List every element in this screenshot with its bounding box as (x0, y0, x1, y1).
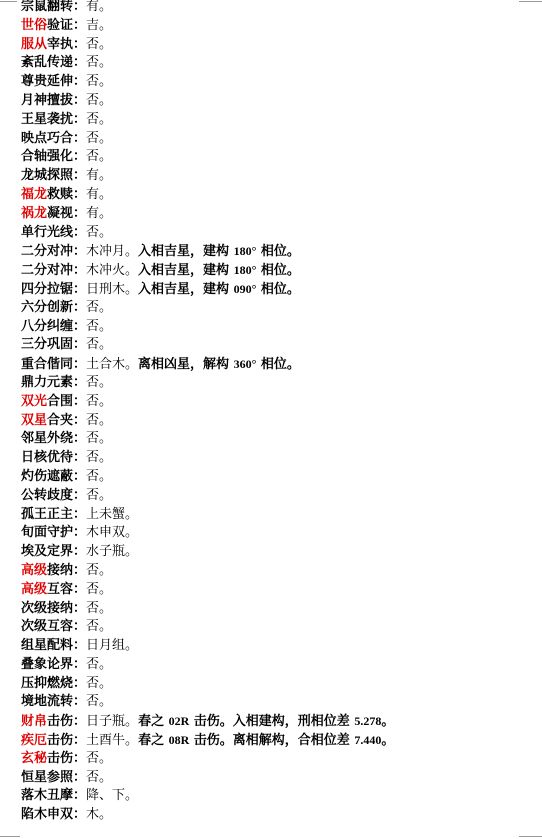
document-line: 八分纠缠：否。 (21, 318, 536, 337)
line-label: 祸龙凝视 (21, 206, 73, 221)
line-colon: ： (73, 112, 86, 127)
line-label-highlight: 服从 (21, 37, 47, 52)
line-colon: ： (73, 525, 86, 540)
line-label: 孤王正主 (21, 507, 73, 522)
document-line: 尊贵延伸：否。 (21, 73, 536, 92)
line-colon: ： (73, 714, 86, 729)
line-label: 鼎力元素 (21, 375, 73, 390)
document-line: 落木丑摩：降、下。 (21, 787, 536, 806)
line-label-text: 灼伤遮蔽 (21, 469, 73, 484)
line-value: 否。 (86, 131, 112, 146)
line-label: 埃及定界 (21, 544, 73, 559)
line-colon: ： (73, 319, 86, 334)
line-extra-text: 。 (381, 714, 394, 729)
document-line: 映点巧合：否。 (21, 130, 536, 149)
line-colon: ： (73, 337, 86, 352)
line-label: 组星配料 (21, 638, 73, 653)
line-label-text: 压抑燃烧 (21, 676, 73, 691)
line-value: 有。 (86, 168, 112, 183)
line-value: 木申双。 (86, 525, 138, 540)
line-label: 境地流转 (21, 694, 73, 709)
line-label-text: 陷木申双 (21, 807, 73, 822)
line-label: 二分对冲 (21, 263, 73, 278)
line-label-text: 王星袭扰 (21, 112, 73, 127)
line-extra-number: 5.278 (354, 714, 381, 728)
line-label-text: 救赎 (47, 187, 73, 202)
line-label-text: 恒星参照 (21, 770, 73, 785)
line-colon: ： (73, 206, 86, 221)
line-label: 双星合夹 (21, 413, 73, 428)
line-label-text: 旬面守护 (21, 525, 73, 540)
line-label: 三分巩固 (21, 337, 73, 352)
line-value: 否。 (86, 112, 112, 127)
document-line: 二分对冲：木冲月。入相吉星，建构 180° 相位。 (21, 242, 536, 261)
line-colon: ： (73, 149, 86, 164)
line-label-text: 月神擅拔 (21, 93, 73, 108)
line-label-text: 鼎力元素 (21, 375, 73, 390)
line-extra-number: 08R (169, 733, 190, 747)
line-label-text: 击伤 (47, 714, 73, 729)
line-extra-text: 离相凶星，解构 (138, 357, 234, 372)
document-line: 三分巩固：否。 (21, 336, 536, 355)
line-colon: ： (73, 300, 86, 315)
line-colon: ： (73, 450, 86, 465)
document-line: 双星合夹：否。 (21, 412, 536, 431)
line-value: 否。 (86, 469, 112, 484)
line-label-text: 二分对冲 (21, 263, 73, 278)
line-value: 日月组。 (86, 638, 138, 653)
document-line: 日核优待：否。 (21, 449, 536, 468)
line-label: 灼伤遮蔽 (21, 469, 73, 484)
line-label: 高级接纳 (21, 563, 73, 578)
line-colon: ： (73, 488, 86, 503)
line-label-text: 四分拉锯 (21, 282, 73, 297)
line-label-text: 击伤 (47, 733, 73, 748)
line-value: 否。 (86, 751, 112, 766)
line-colon: ： (73, 55, 86, 70)
line-label: 服从宰执 (21, 37, 73, 52)
line-colon: ： (73, 694, 86, 709)
line-label-text: 邻星外绕 (21, 431, 73, 446)
document-line: 单行光线：否。 (21, 224, 536, 243)
line-label: 六分创新 (21, 300, 73, 315)
line-label-highlight: 世俗 (21, 18, 47, 33)
line-label: 邻星外绕 (21, 431, 73, 446)
line-value: 有。 (86, 0, 112, 14)
line-label: 世俗验证 (21, 18, 73, 33)
document-line: 世俗验证：吉。 (21, 17, 536, 36)
line-label-text: 组星配料 (21, 638, 73, 653)
line-extra-text: 入相吉星，建构 (138, 282, 234, 297)
page-corner-mark-bottom-right (519, 836, 542, 837)
line-value: 否。 (86, 93, 112, 108)
document-line: 鼎力元素：否。 (21, 374, 536, 393)
line-colon: ： (73, 582, 86, 597)
line-extra-text: 。 (381, 733, 394, 748)
line-label: 疾厄击伤 (21, 733, 73, 748)
line-value: 否。 (86, 413, 112, 428)
line-label-text: 合夹 (47, 413, 73, 428)
line-extra-number: 02R (169, 714, 190, 728)
line-label-text: 埃及定界 (21, 544, 73, 559)
document-line: 月神擅拔：否。 (21, 92, 536, 111)
line-label-highlight: 疾厄 (21, 733, 47, 748)
line-colon: ： (73, 733, 86, 748)
line-value: 降、下。 (86, 788, 138, 803)
line-value: 水子瓶。 (86, 544, 138, 559)
line-value: 否。 (86, 300, 112, 315)
line-label-text: 叠象论界 (21, 657, 73, 672)
line-value: 否。 (86, 337, 112, 352)
document-line: 邻星外绕：否。 (21, 430, 536, 449)
document-line: 王星袭扰：否。 (21, 111, 536, 130)
document-line: 叠象论界：否。 (21, 656, 536, 675)
line-colon: ： (73, 563, 86, 578)
line-colon: ： (73, 413, 86, 428)
line-colon: ： (73, 657, 86, 672)
line-extra-text: 相位。 (256, 357, 300, 372)
line-label-text: 六分创新 (21, 300, 73, 315)
line-extra-text: 相位。 (256, 282, 300, 297)
line-extra-text: 春之 (138, 733, 169, 748)
line-label-text: 互容 (47, 582, 73, 597)
document-line: 六分创新：否。 (21, 299, 536, 318)
line-colon: ： (73, 431, 86, 446)
line-label-highlight: 财帛 (21, 714, 47, 729)
line-label-text: 尊贵延伸 (21, 74, 73, 89)
line-value: 否。 (86, 149, 112, 164)
line-label: 公转歧度 (21, 488, 73, 503)
line-colon: ： (73, 263, 86, 278)
line-label: 二分对冲 (21, 244, 73, 259)
line-value: 否。 (86, 657, 112, 672)
document-line: 孤王正主：上未蟹。 (21, 506, 536, 525)
line-label-text: 合围 (47, 394, 73, 409)
line-value: 木。 (86, 807, 112, 822)
document-line: 服从宰执：否。 (21, 36, 536, 55)
document-line: 祸龙凝视：有。 (21, 205, 536, 224)
line-colon: ： (73, 18, 86, 33)
line-value: 否。 (86, 394, 112, 409)
line-colon: ： (73, 0, 86, 14)
line-label: 单行光线 (21, 225, 73, 240)
line-colon: ： (73, 807, 86, 822)
line-label: 重合偕同 (21, 357, 73, 372)
line-label-text: 单行光线 (21, 225, 73, 240)
line-value: 否。 (86, 694, 112, 709)
line-label: 次级互容 (21, 619, 73, 634)
line-colon: ： (73, 601, 86, 616)
line-value: 否。 (86, 563, 112, 578)
line-value: 木冲火。 (86, 263, 138, 278)
document-line: 玄秘击伤：否。 (21, 750, 536, 769)
line-value: 否。 (86, 450, 112, 465)
page-corner-mark-bottom-left (0, 836, 20, 837)
line-label: 日核优待 (21, 450, 73, 465)
line-colon: ： (73, 469, 86, 484)
document-line: 龙城探照：有。 (21, 167, 536, 186)
line-value: 否。 (86, 676, 112, 691)
line-extra-text: 相位。 (256, 263, 300, 278)
line-colon: ： (73, 37, 86, 52)
line-value: 否。 (86, 74, 112, 89)
line-label-text: 紊乱传递 (21, 55, 73, 70)
document-line: 压抑燃烧：否。 (21, 675, 536, 694)
document-line: 埃及定界：水子瓶。 (21, 543, 536, 562)
line-colon: ： (73, 770, 86, 785)
document-line: 灼伤遮蔽：否。 (21, 468, 536, 487)
line-label-highlight: 双星 (21, 413, 47, 428)
document-line: 宗鼠翻转：有。 (21, 0, 536, 17)
line-label-text: 验证 (47, 18, 73, 33)
line-value: 否。 (86, 55, 112, 70)
line-label-text: 八分纠缠 (21, 319, 73, 334)
document-line: 次级互容：否。 (21, 618, 536, 637)
line-colon: ： (73, 282, 86, 297)
line-label: 紊乱传递 (21, 55, 73, 70)
line-colon: ： (73, 93, 86, 108)
document-line: 陷木申双：木。 (21, 806, 536, 825)
line-extra-text: 春之 (138, 714, 169, 729)
line-label: 叠象论界 (21, 657, 73, 672)
line-value: 否。 (86, 37, 112, 52)
page-corner-mark-top-left (0, 1, 17, 2)
document-line: 高级接纳：否。 (21, 562, 536, 581)
line-label-text: 宗鼠翻转 (21, 0, 73, 14)
line-label-text: 境地流转 (21, 694, 73, 709)
line-label: 月神擅拔 (21, 93, 73, 108)
line-label-text: 孤王正主 (21, 507, 73, 522)
document-line: 旬面守护：木申双。 (21, 524, 536, 543)
line-label-text: 映点巧合 (21, 131, 73, 146)
document-line: 财帛击伤：日子瓶。春之 02R 击伤。入相建构，刑相位差 5.278。 (21, 712, 536, 731)
document-line: 恒星参照：否。 (21, 769, 536, 788)
line-value: 土酉牛。 (86, 733, 138, 748)
line-value: 否。 (86, 601, 112, 616)
line-value: 否。 (86, 225, 112, 240)
line-value: 上未蟹。 (86, 507, 138, 522)
line-colon: ： (73, 225, 86, 240)
line-colon: ： (73, 394, 86, 409)
document-line: 福龙救赎：有。 (21, 186, 536, 205)
document-line: 四分拉锯：日刑木。入相吉星，建构 090° 相位。 (21, 280, 536, 299)
line-value: 否。 (86, 431, 112, 446)
line-value: 木冲月。 (86, 244, 138, 259)
line-extra-number: 180° (234, 263, 257, 277)
line-colon: ： (73, 676, 86, 691)
document-line: 境地流转：否。 (21, 693, 536, 712)
line-label: 次级接纳 (21, 601, 73, 616)
line-label: 宗鼠翻转 (21, 0, 73, 14)
line-label-highlight: 高级 (21, 563, 47, 578)
line-label: 陷木申双 (21, 807, 73, 822)
document-line: 紊乱传递：否。 (21, 54, 536, 73)
line-label-text: 宰执 (47, 37, 73, 52)
line-colon: ： (73, 131, 86, 146)
line-value: 否。 (86, 319, 112, 334)
line-value: 日刑木。 (86, 282, 138, 297)
line-label-highlight: 福龙 (21, 187, 47, 202)
line-colon: ： (73, 638, 86, 653)
line-colon: ： (73, 751, 86, 766)
line-label-text: 凝视 (47, 206, 73, 221)
line-value: 有。 (86, 206, 112, 221)
line-value: 日子瓶。 (86, 714, 138, 729)
line-label-highlight: 高级 (21, 582, 47, 597)
document-line: 二分对冲：木冲火。入相吉星，建构 180° 相位。 (21, 261, 536, 280)
line-colon: ： (73, 74, 86, 89)
line-extra-number: 090° (234, 282, 257, 296)
line-label-highlight: 祸龙 (21, 206, 47, 221)
document-line: 疾厄击伤：土酉牛。春之 08R 击伤。离相解构，合相位差 7.440。 (21, 731, 536, 750)
line-label-text: 落木丑摩 (21, 788, 73, 803)
line-extra-text: 入相吉星，建构 (138, 263, 234, 278)
document-line: 双光合围：否。 (21, 393, 536, 412)
line-label: 恒星参照 (21, 770, 73, 785)
line-value: 有。 (86, 187, 112, 202)
document-line: 高级互容：否。 (21, 581, 536, 600)
line-label: 龙城探照 (21, 168, 73, 183)
line-value: 否。 (86, 582, 112, 597)
line-extra-text: 击伤。入相建构，刑相位差 (189, 714, 354, 729)
line-value: 否。 (86, 619, 112, 634)
line-label-text: 合轴强化 (21, 149, 73, 164)
line-value: 吉。 (86, 18, 112, 33)
line-colon: ： (73, 507, 86, 522)
line-label-text: 二分对冲 (21, 244, 73, 259)
line-label-text: 日核优待 (21, 450, 73, 465)
line-colon: ： (73, 375, 86, 390)
line-extra-text: 击伤。离相解构，合相位差 (189, 733, 354, 748)
line-label-text: 龙城探照 (21, 168, 73, 183)
line-label: 玄秘击伤 (21, 751, 73, 766)
line-value: 否。 (86, 375, 112, 390)
line-label: 高级互容 (21, 582, 73, 597)
line-colon: ： (73, 357, 86, 372)
line-colon: ： (73, 168, 86, 183)
line-label: 映点巧合 (21, 131, 73, 146)
document-line: 公转歧度：否。 (21, 487, 536, 506)
line-label: 旬面守护 (21, 525, 73, 540)
line-label: 王星袭扰 (21, 112, 73, 127)
line-label: 双光合围 (21, 394, 73, 409)
line-label: 八分纠缠 (21, 319, 73, 334)
line-label: 福龙救赎 (21, 187, 73, 202)
line-extra-text: 相位。 (256, 244, 300, 259)
line-extra-number: 180° (234, 244, 257, 258)
line-label: 落木丑摩 (21, 788, 73, 803)
line-label-highlight: 双光 (21, 394, 47, 409)
document-line: 组星配料：日月组。 (21, 637, 536, 656)
document-body: 宗鼠翻转：有。世俗验证：吉。服从宰执：否。紊乱传递：否。尊贵延伸：否。月神擅拔：… (21, 0, 536, 825)
line-colon: ： (73, 619, 86, 634)
line-extra-number: 7.440 (354, 733, 381, 747)
document-line: 次级接纳：否。 (21, 600, 536, 619)
line-colon: ： (73, 244, 86, 259)
line-label-text: 次级接纳 (21, 601, 73, 616)
line-label-text: 重合偕同 (21, 357, 73, 372)
line-value: 土合木。 (86, 357, 138, 372)
line-label-text: 击伤 (47, 751, 73, 766)
line-label-text: 次级互容 (21, 619, 73, 634)
line-value: 否。 (86, 770, 112, 785)
line-extra-number: 360° (234, 357, 257, 371)
line-label: 压抑燃烧 (21, 676, 73, 691)
line-label-highlight: 玄秘 (21, 751, 47, 766)
line-label: 四分拉锯 (21, 282, 73, 297)
line-label: 财帛击伤 (21, 714, 73, 729)
line-label-text: 三分巩固 (21, 337, 73, 352)
line-value: 否。 (86, 488, 112, 503)
line-colon: ： (73, 788, 86, 803)
line-colon: ： (73, 187, 86, 202)
line-label: 合轴强化 (21, 149, 73, 164)
line-label: 尊贵延伸 (21, 74, 73, 89)
line-extra-text: 入相吉星，建构 (138, 244, 234, 259)
line-label-text: 公转歧度 (21, 488, 73, 503)
document-line: 合轴强化：否。 (21, 148, 536, 167)
document-line: 重合偕同：土合木。离相凶星，解构 360° 相位。 (21, 355, 536, 374)
line-label-text: 接纳 (47, 563, 73, 578)
line-colon: ： (73, 544, 86, 559)
